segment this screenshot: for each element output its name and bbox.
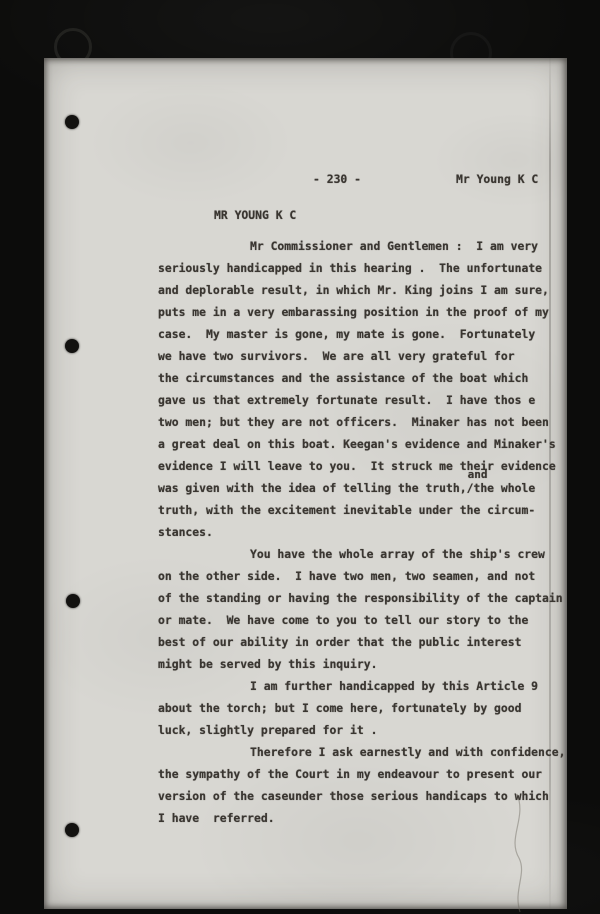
transcript-line: Therefore I ask earnestly and with confi… bbox=[158, 741, 570, 763]
transcript-line: of the standing or having the responsibi… bbox=[158, 587, 570, 609]
transcript-line: about the torch; but I come here, fortun… bbox=[158, 697, 570, 719]
header-speaker-label: Mr Young K C bbox=[456, 168, 538, 190]
punch-hole bbox=[65, 115, 79, 129]
punch-hole bbox=[65, 823, 79, 837]
transcript-line: I am further handicapped by this Article… bbox=[158, 675, 570, 697]
transcript-line: or mate. We have come to you to tell our… bbox=[158, 609, 570, 631]
paragraph-2: You have the whole array of the ship's c… bbox=[158, 543, 570, 675]
transcript-line: stances. bbox=[158, 521, 570, 543]
transcript-line: seriously handicapped in this hearing . … bbox=[158, 257, 570, 279]
line-text-before: was given with the idea of telling the t… bbox=[158, 481, 467, 495]
transcript-line: case. My master is gone, my mate is gone… bbox=[158, 323, 570, 345]
transcript-line: on the other side. I have two men, two s… bbox=[158, 565, 570, 587]
transcript-line: puts me in a very embarassing position i… bbox=[158, 301, 570, 323]
page-header: - 230 - Mr Young K C bbox=[158, 168, 567, 190]
transcript-line: Mr Commissioner and Gentlemen : I am ver… bbox=[158, 235, 570, 257]
speaker-heading: MR YOUNG K C bbox=[214, 204, 296, 226]
transcript-line: and deplorable result, in which Mr. King… bbox=[158, 279, 570, 301]
document-page: - 230 - Mr Young K C MR YOUNG K C Mr Com… bbox=[44, 58, 567, 909]
transcript-line: luck, slightly prepared for it . bbox=[158, 719, 570, 741]
transcript-line: we have two survivors. We are all very g… bbox=[158, 345, 570, 367]
transcript-body: Mr Commissioner and Gentlemen : I am ver… bbox=[158, 235, 570, 829]
transcript-line: a great deal on this boat. Keegan's evid… bbox=[158, 433, 570, 455]
photograph-background: - 230 - Mr Young K C MR YOUNG K C Mr Com… bbox=[0, 0, 600, 914]
transcript-line: version of the caseunder those serious h… bbox=[158, 785, 570, 807]
transcript-line: the sympathy of the Court in my endeavou… bbox=[158, 763, 570, 785]
transcript-line: might be served by this inquiry. bbox=[158, 653, 570, 675]
transcript-line-with-insertion: was given with the idea of telling the t… bbox=[158, 477, 570, 499]
punch-hole bbox=[66, 594, 80, 608]
paragraph-1: Mr Commissioner and Gentlemen : I am ver… bbox=[158, 235, 570, 543]
transcript-line: I have referred. bbox=[158, 807, 570, 829]
line-text-after: /the whole bbox=[467, 481, 536, 495]
paragraph-3: I am further handicapped by this Article… bbox=[158, 675, 570, 741]
transcript-line: two men; but they are not officers. Mina… bbox=[158, 411, 570, 433]
page-number: - 230 - bbox=[313, 168, 361, 190]
transcript-line: You have the whole array of the ship's c… bbox=[158, 543, 570, 565]
paragraph-4: Therefore I ask earnestly and with confi… bbox=[158, 741, 570, 829]
transcript-line: truth, with the excitement inevitable un… bbox=[158, 499, 570, 521]
inline-insertion: and/the whole bbox=[467, 481, 536, 495]
inserted-word-and: and bbox=[468, 469, 488, 480]
transcript-line: best of our ability in order that the pu… bbox=[158, 631, 570, 653]
transcript-line: gave us that extremely fortunate result.… bbox=[158, 389, 570, 411]
punch-hole bbox=[65, 339, 79, 353]
transcript-line: the circumstances and the assistance of … bbox=[158, 367, 570, 389]
transcript-line: evidence I will leave to you. It struck … bbox=[158, 455, 570, 477]
